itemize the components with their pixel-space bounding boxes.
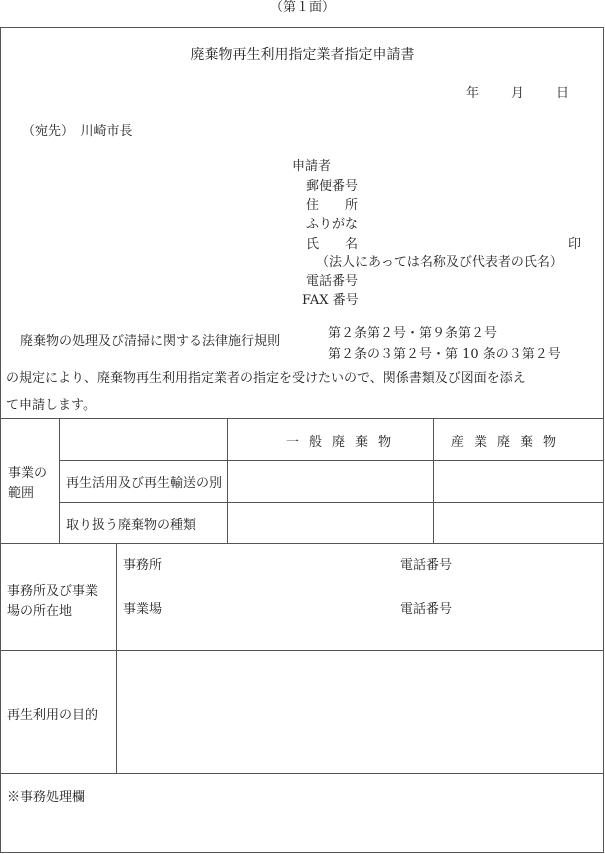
waste-types-industrial-field[interactable] — [435, 503, 603, 542]
col-industrial-waste: 産業廃棄物 — [451, 431, 566, 450]
location-bottom-border — [0, 650, 604, 651]
office-use-label: ※事務処理欄 — [7, 786, 85, 805]
location-label-line-2: 場の所在地 — [7, 600, 72, 619]
scope-label-line-1: 事業の — [8, 462, 47, 481]
purpose-field[interactable] — [118, 652, 602, 771]
site-phone-label: 電話番号 — [400, 598, 452, 617]
law-reference-1: 第２条第２号・第９条第２号 — [328, 322, 497, 341]
lower-label-divider — [116, 543, 117, 773]
postal-code-label: 郵便番号 — [306, 175, 358, 194]
scope-col-divider-2 — [433, 418, 434, 543]
location-label-line-1: 事務所及び事業 — [7, 580, 98, 599]
law-lead-text: 廃棄物の処理及び清掃に関する法律施行規則 — [20, 330, 280, 349]
scope-label-line-2: 範囲 — [8, 482, 34, 501]
date-day-label: 日 — [556, 82, 569, 101]
addressee: （宛先） 川崎市長 — [22, 120, 133, 139]
scope-label-divider — [59, 418, 60, 543]
office-phone-label: 電話番号 — [400, 554, 452, 573]
purpose-bottom-border — [0, 773, 604, 774]
office-label: 事務所 — [123, 554, 162, 573]
row-label-recycle-type: 再生活用及び再生輸送の別 — [66, 472, 222, 491]
furigana-label: ふりがな — [306, 213, 358, 232]
form-title: 廃棄物再生利用指定業者指定申請書 — [0, 44, 605, 64]
address-label: 住 所 — [306, 194, 358, 213]
col-general-waste: 一般廃棄物 — [286, 431, 401, 450]
corporate-note: （法人にあっては名称及び代表者の氏名） — [316, 251, 563, 270]
recycle-type-general-field[interactable] — [229, 461, 432, 501]
scope-col-divider-1 — [227, 418, 228, 543]
date-month-label: 月 — [511, 82, 524, 101]
recycle-type-industrial-field[interactable] — [435, 461, 603, 501]
fax-label: FAX 番号 — [302, 289, 359, 308]
applicant-label: 申請者 — [292, 155, 331, 174]
page-number-label: （第１面） — [0, 0, 605, 16]
statement-line-1: の規定により、廃棄物再生利用指定業者の指定を受けたいので、関係書類及び図面を添え — [6, 367, 526, 386]
table-top-border — [0, 418, 604, 419]
row-label-waste-types: 取り扱う廃棄物の種類 — [66, 514, 196, 533]
law-reference-2: 第２条の３第２号・第 10 条の３第２号 — [328, 343, 561, 362]
name-label: 氏 名 — [306, 233, 358, 252]
date-year-label: 年 — [466, 82, 479, 101]
waste-types-general-field[interactable] — [229, 503, 432, 542]
seal-mark: 印 — [568, 233, 581, 252]
site-label: 事業場 — [123, 598, 162, 617]
purpose-label: 再生利用の目的 — [7, 704, 98, 723]
phone-label: 電話番号 — [306, 270, 358, 289]
scope-bottom-border — [0, 543, 604, 544]
statement-line-2: て申請します。 — [6, 394, 96, 413]
